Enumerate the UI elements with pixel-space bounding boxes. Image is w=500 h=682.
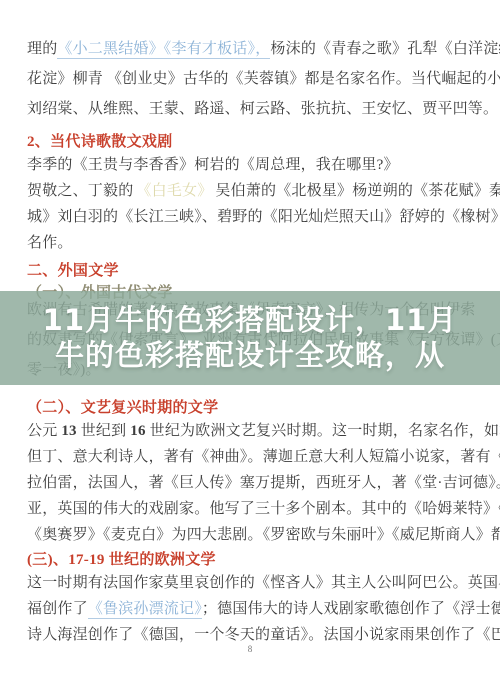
banner-title-line-2: 牛的色彩搭配设计全攻略，从 (55, 338, 445, 373)
text-line: 刘绍棠、从维熙、王蒙、路遥、柯云路、张抗抗、王安忆、贾平凹等。 (27, 94, 473, 124)
text-line: 城》刘白羽的《长江三峡》、碧野的《阳光灿烂照天山》舒婷的《橡树》都是名家 (27, 204, 473, 230)
link-bai-mao-nv[interactable]: 《白毛女》 (136, 183, 212, 199)
year-number: 16 (130, 423, 145, 439)
section-heading-renaissance: （二）、文艺复兴时期的文学 (27, 396, 473, 417)
link-lu-bin-sun[interactable]: 《鲁滨孙漂流记》 (88, 601, 202, 619)
text-segment: 世纪为欧洲文艺复兴时期。这一时期，名家名作，如群星灿烂。 (146, 423, 500, 439)
paragraph-17-19-century: 这一时期有法国作家莫里哀创作的《悭吝人》其主人公叫阿巴公。英国小说家笛 福创作了… (27, 570, 473, 648)
text-segment: 贺敬之、丁毅的 (27, 183, 133, 199)
text-segment: 公元 (27, 423, 61, 439)
link-xiao-er-hei-jie-hun[interactable]: 《小二黑结婚》《李有才板话》， (57, 41, 270, 59)
text-line: 花淀》柳青 《创业史》古华的《芙蓉镇》都是名家名作。当代崛起的小说家还有 (27, 64, 473, 94)
text-segment: 福创作了 (27, 601, 88, 617)
banner-title-line-1: 11月牛的色彩搭配设计，11月 (43, 303, 458, 338)
section-heading-foreign-literature: 二、外国文学 (27, 259, 473, 280)
text-line: 拉伯雷，法国人，著《巨人传》塞万提斯，西班牙人，著《堂·吉诃德》。莎士比 (27, 470, 473, 496)
text-line: 贺敬之、丁毅的《白毛女》吴伯萧的《北极星》杨逆朔的《茶花赋》秦牧的《花 (27, 178, 473, 204)
paragraph-renaissance: 公元 13 世纪到 16 世纪为欧洲文艺复兴时期。这一时期，名家名作，如群星灿烂… (27, 418, 473, 548)
text-line: 这一时期有法国作家莫里哀创作的《悭吝人》其主人公叫阿巴公。英国小说家笛 (27, 570, 473, 596)
text-line: 但丁、意大利诗人，著有《神曲》。薄迦丘意大利人短篇小说家，著有《十日谈》； (27, 444, 473, 470)
document-page: 理的《小二黑结婚》《李有才板话》，杨沫的《青春之歌》孔犁《白洋淀纪事》《荷 花淀… (0, 0, 500, 682)
text-line: 福创作了《鲁滨孙漂流记》；德国伟大的诗人戏剧家歌德创作了《浮士德》；德国 (27, 596, 473, 622)
page-number: 8 (0, 644, 500, 654)
watermark-banner: 11月牛的色彩搭配设计，11月 牛的色彩搭配设计全攻略，从 (0, 291, 500, 385)
text-line: 理的《小二黑结婚》《李有才板话》，杨沫的《青春之歌》孔犁《白洋淀纪事》《荷 (27, 34, 473, 64)
text-line: 公元 13 世纪到 16 世纪为欧洲文艺复兴时期。这一时期，名家名作，如群星灿烂… (27, 418, 473, 444)
text-line: 亚，英国的伟大的戏剧家。他写了三十多个剧本。其中的《哈姆莱特》《李尔王》 (27, 496, 473, 522)
text-segment: 杨沫的《青春之歌》孔犁《白洋淀纪事》《荷 (270, 41, 500, 57)
year-number: 13 (61, 423, 76, 439)
text-segment: 世纪到 (77, 423, 131, 439)
text-line: 李季的《王贵与李香香》柯岩的《周总理，我在哪里?》 (27, 152, 473, 178)
section-heading-17-19-century: (三)、17-19 世纪的欧洲文学 (27, 548, 473, 569)
text-segment: 理的 (27, 41, 57, 57)
text-segment: ；德国伟大的诗人戏剧家歌德创作了《浮士德》；德国 (202, 601, 500, 617)
paragraph-poetry-drama: 李季的《王贵与李香香》柯岩的《周总理，我在哪里?》 贺敬之、丁毅的《白毛女》吴伯… (27, 152, 473, 256)
text-line: 《奥赛罗》《麦克白》为四大悲剧。《罗密欧与朱丽叶》《威尼斯商人》都长演不衰。 (27, 522, 473, 548)
text-line: 名作。 (27, 230, 473, 256)
paragraph-contemporary-fiction: 理的《小二黑结婚》《李有才板话》，杨沫的《青春之歌》孔犁《白洋淀纪事》《荷 花淀… (27, 34, 473, 124)
text-segment: 吴伯萧的《北极星》杨逆朔的《茶花赋》秦牧的《花 (215, 183, 500, 199)
section-heading-contemporary-poetry: 2、当代诗歌散文戏剧 (27, 130, 473, 151)
